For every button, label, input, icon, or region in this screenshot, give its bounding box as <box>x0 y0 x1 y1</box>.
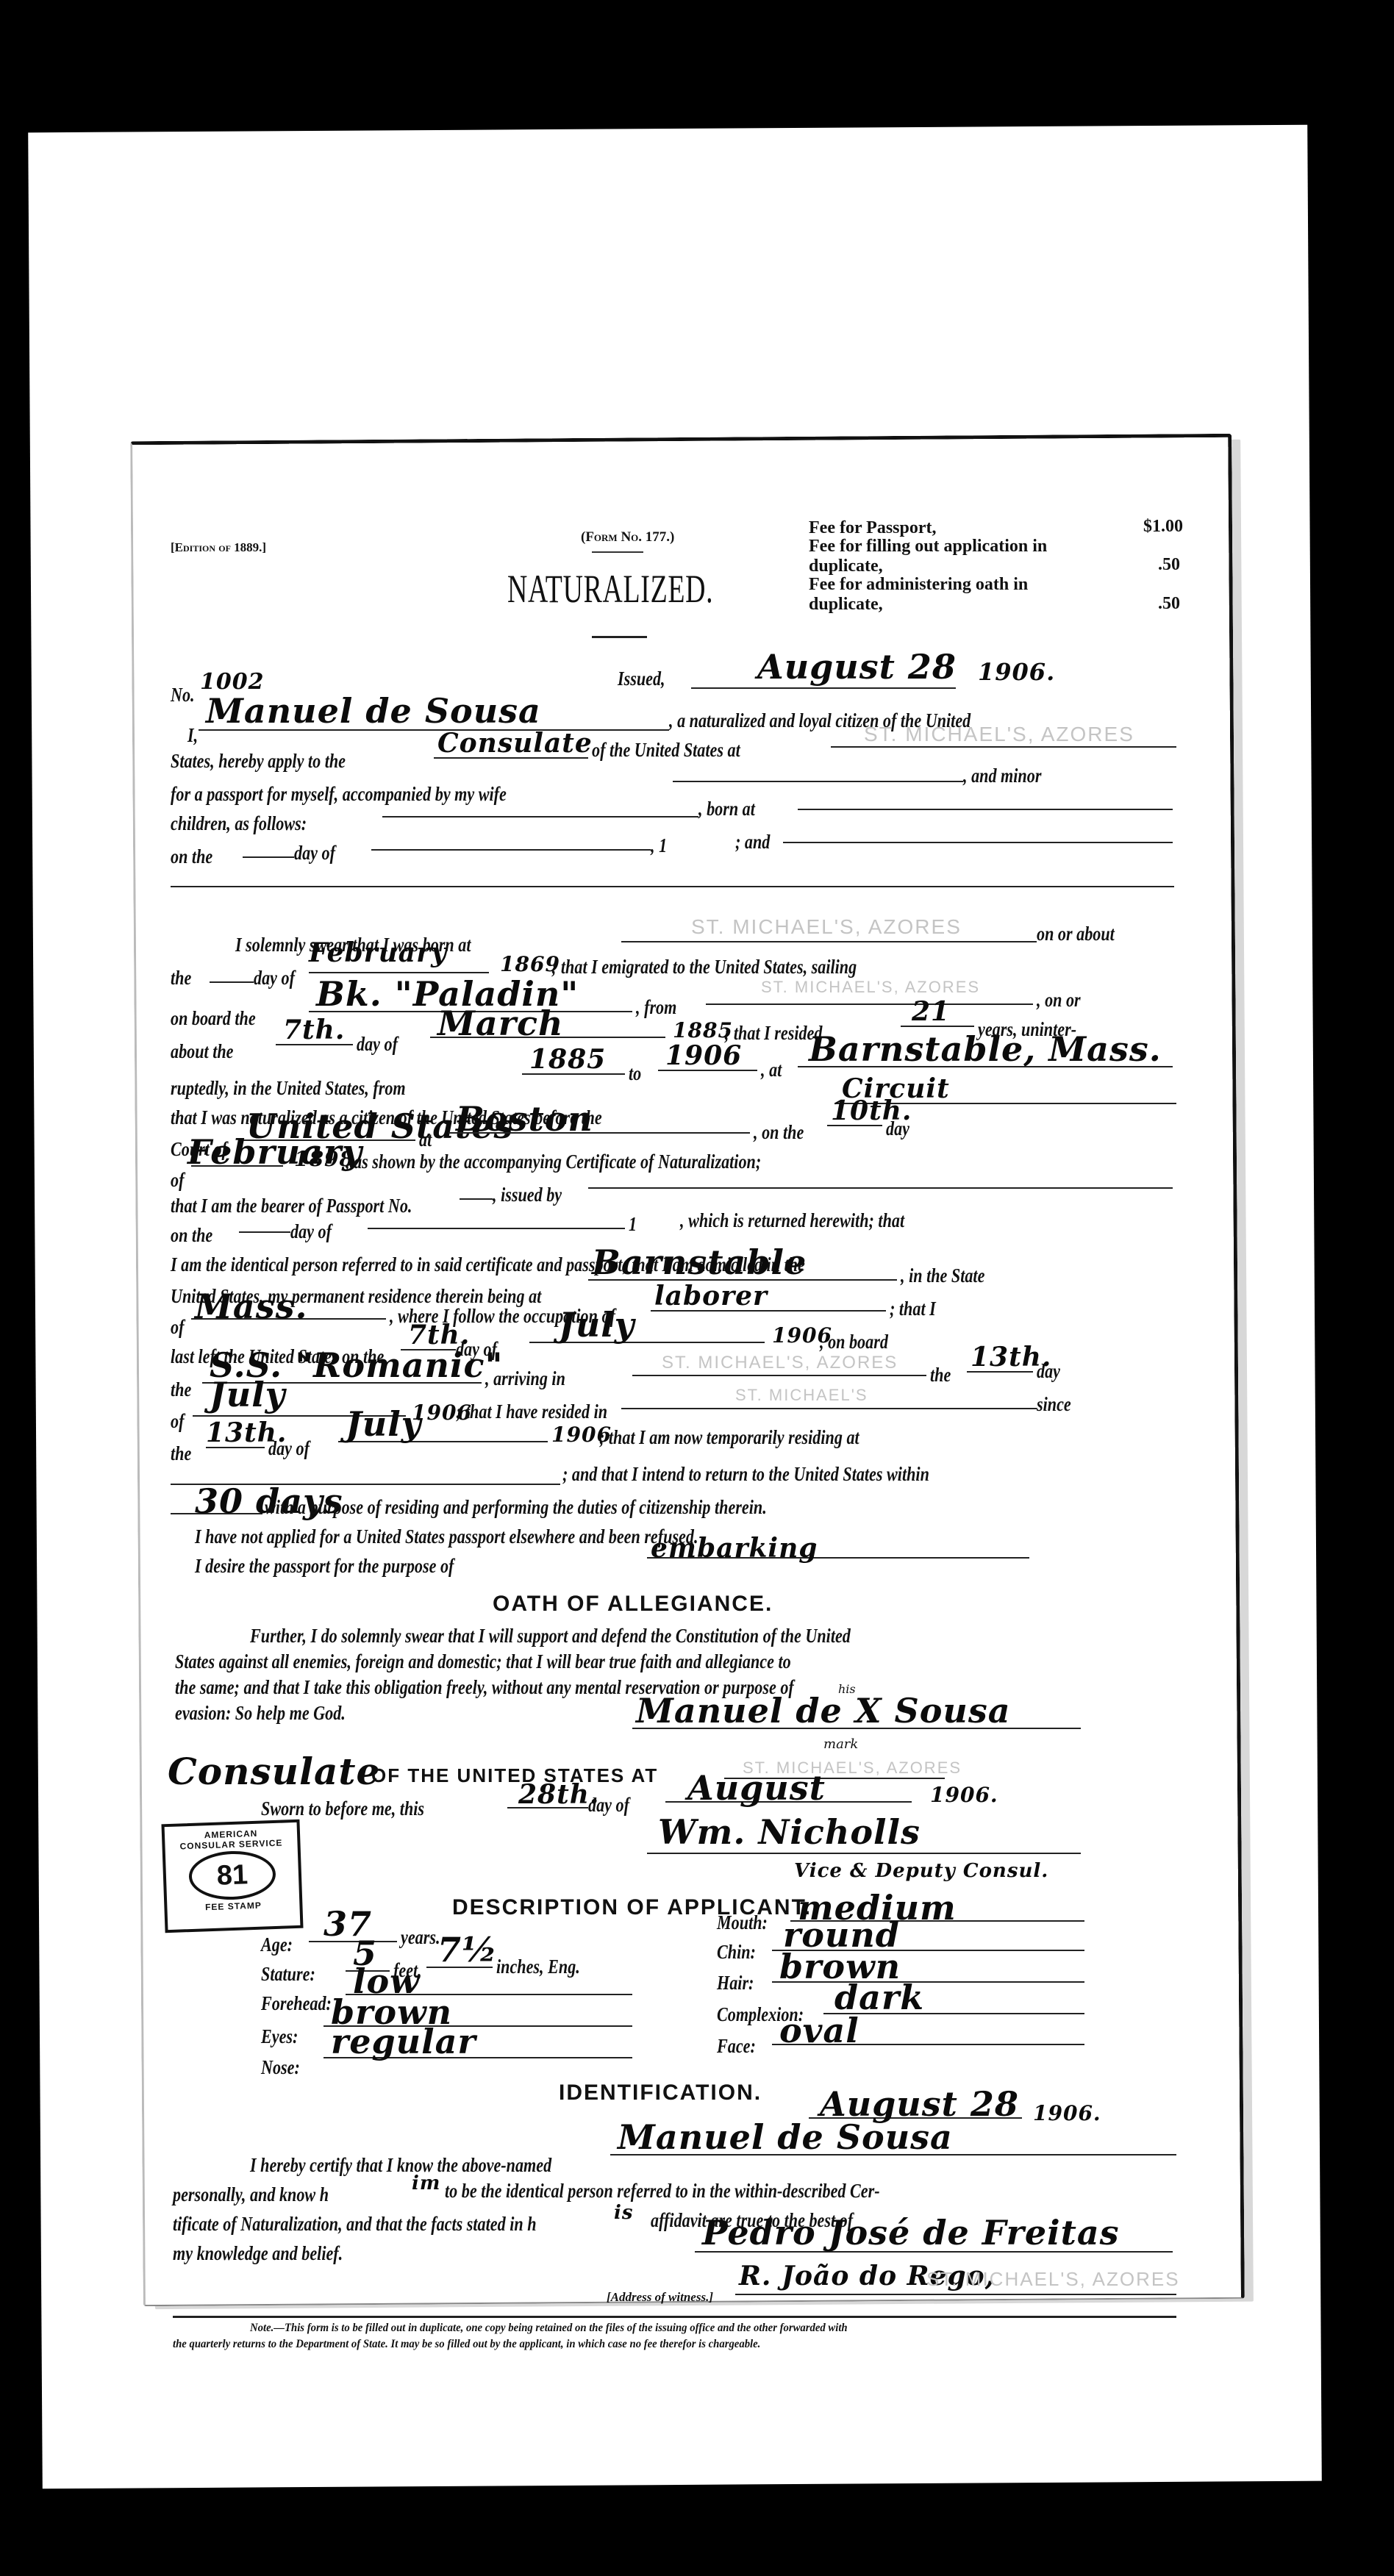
court-city: Boston <box>456 1099 593 1139</box>
applicant-signature: Manuel de X Sousa <box>636 1691 1011 1731</box>
on-or-about: on or about <box>1037 923 1115 945</box>
day-of-2: day of <box>357 1033 398 1056</box>
fee-passport-label: Fee for Passport, <box>809 518 937 538</box>
day-of: day of <box>254 967 295 990</box>
i-label: I, <box>187 724 198 747</box>
footer-note-1: Note.—This form is to be filled out in d… <box>250 2322 848 2335</box>
desire-text: I desire the passport for the purpose of <box>195 1555 454 1578</box>
witness-signature: Pedro José de Freitas <box>702 2213 1120 2253</box>
fee-stamp-value: 81 <box>188 1850 276 1901</box>
children-text: children, as follows: <box>171 812 307 835</box>
knowledge-text: my knowledge and belief. <box>173 2242 343 2265</box>
on-board-text: on board the <box>171 1007 256 1030</box>
eyes-label: Eyes: <box>261 2025 298 2048</box>
since-month: July <box>346 1404 421 1444</box>
nose-label: Nose: <box>261 2056 300 2079</box>
face-label: Face: <box>717 2035 756 2058</box>
his-pronoun: is <box>614 2202 634 2224</box>
not-applied-text: I have not applied for a United States p… <box>195 1525 698 1548</box>
from-year: 1885 <box>529 1044 606 1075</box>
day-word: day <box>886 1117 909 1140</box>
stature-inches: 7½ <box>437 1930 498 1969</box>
temporarily-text: ; that I am now temporarily residing at <box>599 1426 859 1449</box>
issued-label: Issued, <box>618 668 665 690</box>
personally-text-2: to be the identical person referred to i… <box>445 2180 880 2203</box>
at-text: , at <box>761 1059 782 1081</box>
arrival-month: March <box>437 1003 563 1043</box>
about-the-text: about the <box>171 1040 234 1063</box>
day-of-3: day of <box>290 1220 332 1243</box>
on-the-text: on the <box>171 845 212 868</box>
office-location-stamp: ST. MICHAEL'S, AZORES <box>864 723 1134 746</box>
sworn-year: 1906. <box>930 1783 998 1807</box>
issued-date: August 28 <box>757 647 957 687</box>
to-text: to <box>629 1062 641 1085</box>
sworn-month: August <box>687 1768 826 1808</box>
returned-text: , which is returned herewith; that <box>680 1209 904 1232</box>
mouth-label: Mouth: <box>717 1911 768 1934</box>
years-label: years. <box>401 1926 440 1949</box>
identification-name: Manuel de Sousa <box>618 2117 953 2157</box>
inches-label: inches, Eng. <box>496 1956 580 1978</box>
allegiance-text-4: evasion: So help me God. <box>175 1702 346 1725</box>
since-text: since <box>1037 1393 1071 1416</box>
purpose-text: with a purpose of residing and performin… <box>265 1496 767 1519</box>
form-number: (Form No. 177.) <box>581 529 674 545</box>
on-board-2: , on board <box>820 1331 888 1353</box>
fee-oath-label: Fee for administering oath in duplicate, <box>809 575 1051 615</box>
on-or-text: , on or <box>1037 989 1081 1012</box>
occupation: laborer <box>654 1281 768 1312</box>
official-title: Vice & Deputy Consul. <box>794 1860 1048 1882</box>
minor-text: , and minor <box>963 765 1041 787</box>
divider <box>592 551 643 553</box>
residence-place: Barnstable, Mass. <box>809 1029 1162 1069</box>
identification-year: 1906. <box>1033 2101 1101 2125</box>
fee-passport-amount: $1.00 <box>1143 517 1183 537</box>
on-the-text-2: , on the <box>754 1121 804 1144</box>
applicant-name: Manuel de Sousa <box>206 691 541 731</box>
year-prefix: , 1 <box>651 834 667 857</box>
from-text: , from <box>636 996 676 1019</box>
certificate-text: , as shown by the accompanying Certifica… <box>346 1151 761 1173</box>
day-of-5: day of <box>268 1437 310 1460</box>
of-word: of <box>171 1169 184 1192</box>
stature-label: Stature: <box>261 1963 315 1986</box>
fee-stamp: AMERICAN CONSULAR SERVICE 81 FEE STAMP <box>161 1820 303 1933</box>
official-signature: Wm. Nicholls <box>658 1812 921 1852</box>
court-at-text: at <box>419 1128 432 1151</box>
on-the-text-3: on the <box>171 1224 212 1247</box>
mark-label: mark <box>823 1736 858 1752</box>
nose-value: regular <box>331 2022 476 2061</box>
bearer-text: that I am the bearer of Passport No. <box>171 1195 412 1217</box>
issued-by-text: , issued by <box>493 1184 562 1206</box>
years-resided: 21 <box>912 996 950 1027</box>
and-text: ; and <box>735 831 770 854</box>
passport-text: for a passport for myself, accompanied b… <box>171 783 507 806</box>
chin-label: Chin: <box>717 1941 756 1964</box>
of-text: of <box>171 1316 184 1339</box>
born-at-text: , born at <box>698 798 755 820</box>
age-label: Age: <box>261 1933 293 1956</box>
arriving-stamp: ST. MICHAEL'S, AZORES <box>662 1353 898 1373</box>
office-type: Consulate <box>437 728 593 759</box>
the-text: the <box>171 1378 191 1401</box>
face-value: oval <box>779 2011 859 2050</box>
witness-address-stamp: ST. MICHAEL'S, AZORES <box>926 2268 1180 2291</box>
birth-month: February <box>309 937 447 968</box>
left-month: July <box>559 1305 635 1345</box>
resided-stamp: ST. MICHAEL'S <box>735 1386 868 1405</box>
arrival2-month: July <box>210 1375 285 1414</box>
personally-text-1: personally, and know h <box>173 2183 329 2206</box>
witness-address-label: [Address of witness.] <box>607 2290 713 2305</box>
office-line: OF THE UNITED STATES AT <box>371 1764 658 1787</box>
state: Mass. <box>195 1287 308 1326</box>
sworn-day: 28th. <box>518 1779 599 1810</box>
birthplace-stamp: ST. MICHAEL'S, AZORES <box>691 915 962 939</box>
in-state-text: , in the State <box>901 1264 984 1287</box>
day-of-text: day of <box>294 842 335 865</box>
him-pronoun: im <box>412 2172 440 2194</box>
fee-oath-amount: .50 <box>1158 594 1180 614</box>
apply-text: States, hereby apply to the <box>171 750 346 773</box>
number-label: No. <box>171 684 195 706</box>
emigrated-text: ; that I emigrated to the United States,… <box>551 956 857 978</box>
arriving-text: , arriving in <box>485 1367 565 1390</box>
to-year: 1906 <box>665 1040 742 1071</box>
resided-in-text: ; that I have resided in <box>456 1400 607 1423</box>
footer-note-2: the quarterly returns to the Department … <box>173 2338 760 2351</box>
from-stamp: ST. MICHAEL'S, AZORES <box>761 978 980 997</box>
hair-label: Hair: <box>717 1972 754 1994</box>
ornament-divider <box>592 636 647 638</box>
edition-label: [Edition of 1889.] <box>171 540 266 555</box>
intend-text: ; and that I intend to return to the Uni… <box>562 1463 929 1486</box>
fee-application-amount: .50 <box>1158 555 1180 575</box>
purpose-value: embarking <box>651 1533 818 1564</box>
certify-text: I hereby certify that I know the above-n… <box>250 2154 551 2177</box>
tificate-text-1: tificate of Naturalization, and that the… <box>173 2213 537 2236</box>
issued-year: 1906. <box>978 658 1055 686</box>
office-handwritten: Consulate <box>168 1750 380 1793</box>
allegiance-text-1: Further, I do solemnly swear that I will… <box>250 1625 851 1647</box>
ruptedly-text: ruptedly, in the United States, from <box>171 1077 406 1100</box>
domicile: Barnstable <box>592 1242 807 1282</box>
allegiance-text-2: States against all enemies, foreign and … <box>175 1650 791 1673</box>
apply-text-2: of the United States at <box>592 739 740 762</box>
page-title: NATURALIZED. <box>507 566 713 612</box>
fee-application-label: Fee for filling out application in dupli… <box>809 537 1051 576</box>
that-i-text: ; that I <box>890 1298 936 1320</box>
sworn-text: Sworn to before me, this <box>261 1797 424 1820</box>
allegiance-heading: OATH OF ALLEGIANCE. <box>493 1592 773 1617</box>
forehead-label: Forehead: <box>261 1992 332 2015</box>
sworn-day-of: day of <box>588 1794 629 1817</box>
arrival-day: 7th. <box>283 1015 345 1045</box>
identification-heading: IDENTIFICATION. <box>559 2081 762 2105</box>
